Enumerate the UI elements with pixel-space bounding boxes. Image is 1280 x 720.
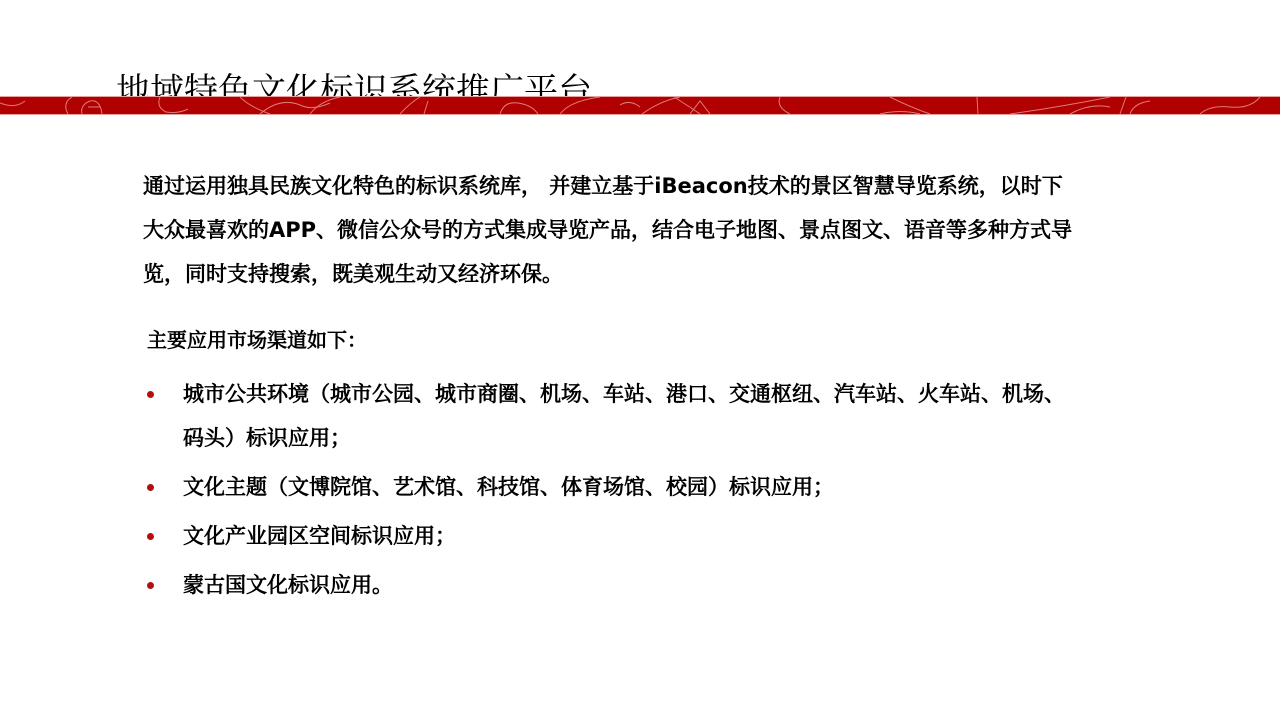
list-item: 蒙古国文化标识应用。 (143, 563, 1223, 607)
intro-line: 通过运用独具民族文化特色的标识系统库， 并建立基于iBeacon技术的景区智慧导… (143, 164, 1203, 208)
list-item-text: 城市公共环境（城市公园、城市商圈、机场、车站、港口、交通枢纽、汽车站、火车站、机… (183, 372, 1223, 416)
list-item-text: 码头）标识应用； (183, 416, 1223, 460)
intro-paragraph: 通过运用独具民族文化特色的标识系统库， 并建立基于iBeacon技术的景区智慧导… (143, 164, 1203, 296)
bullet-icon (147, 391, 154, 398)
bullet-icon (147, 533, 154, 540)
decorative-header-band (0, 96, 1280, 115)
floral-pattern-icon (0, 97, 1280, 114)
bullet-icon (147, 582, 154, 589)
channels-heading: 主要应用市场渠道如下： (147, 324, 367, 356)
channels-list: 城市公共环境（城市公园、城市商圈、机场、车站、港口、交通枢纽、汽车站、火车站、机… (143, 372, 1223, 612)
list-item-text: 文化产业园区空间标识应用； (183, 514, 1223, 558)
list-item: 文化产业园区空间标识应用； (143, 514, 1223, 558)
list-item-text: 文化主题（文博院馆、艺术馆、科技馆、体育场馆、校园）标识应用； (183, 465, 1223, 509)
list-item: 城市公共环境（城市公园、城市商圈、机场、车站、港口、交通枢纽、汽车站、火车站、机… (143, 372, 1223, 460)
list-item-text: 蒙古国文化标识应用。 (183, 563, 1223, 607)
bullet-icon (147, 484, 154, 491)
intro-line: 览，同时支持搜索，既美观生动又经济环保。 (143, 252, 1203, 296)
intro-line: 大众最喜欢的APP、微信公众号的方式集成导览产品，结合电子地图、景点图文、语音等… (143, 208, 1203, 252)
list-item: 文化主题（文博院馆、艺术馆、科技馆、体育场馆、校园）标识应用； (143, 465, 1223, 509)
